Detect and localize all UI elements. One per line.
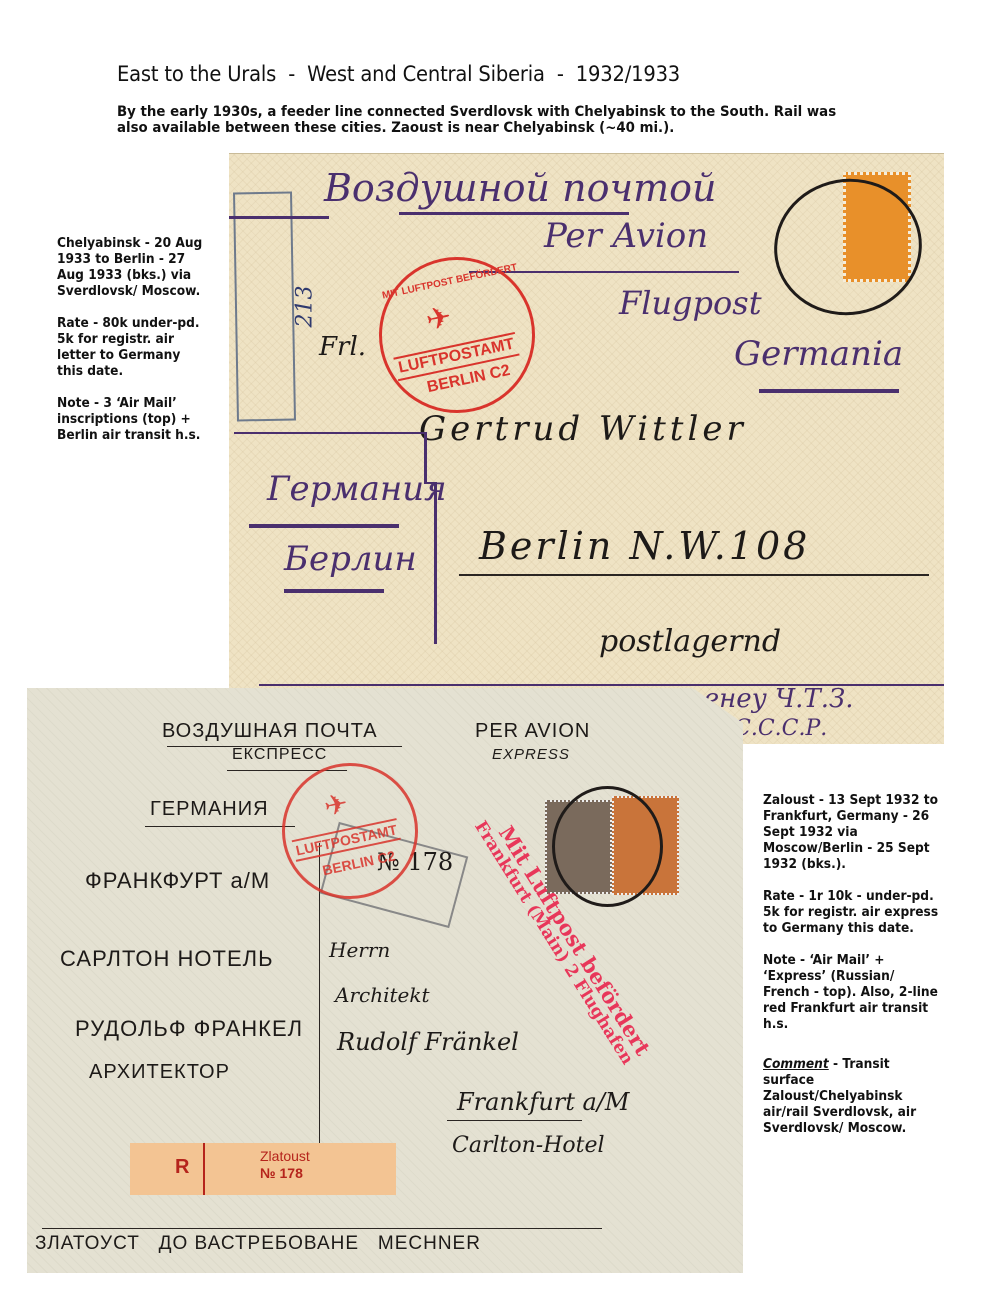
cover2-architekt: Architekt: [335, 983, 430, 1007]
cover1-city: Berlin N.W.108: [479, 524, 810, 568]
page-title: East to the Urals - West and Central Sib…: [117, 62, 680, 86]
registration-letter: R: [175, 1156, 189, 1179]
cover1-airmail-russian: Воздушной почтой: [324, 166, 717, 210]
airplane-icon: ✈: [423, 299, 455, 338]
cover2-sender-line: [42, 1228, 602, 1229]
cover1-germany-russian: Германия: [267, 469, 447, 509]
cover1-underline: [229, 216, 329, 219]
cover2-description: Zaloust - 13 Sept 1932 to Frankfurt, Ger…: [763, 793, 942, 1153]
cover1-routing-line: [234, 432, 424, 434]
cover2-hotel-russian: САРЛТОН НОТЕЛЬ: [60, 946, 274, 972]
cover2-express-russian: ЕКСПРЕСС: [232, 746, 327, 764]
cover2-frankfurt-russian: ФРАНКФУРТ а/М: [85, 868, 270, 894]
cover2-registration-label: R Zlatoust № 178: [130, 1143, 396, 1195]
cover2-sender: ЗЛАТОУСТ ДО ВАСТРЕБОВАНЕ MECHNER: [35, 1233, 481, 1255]
cover2-comment: Comment - Transit surface Zaloust/Chelya…: [763, 1057, 942, 1137]
cover1-berlin-russian: Берлин: [284, 539, 417, 579]
cover2-name-russian: РУДОЛЬФ ФРАНКЕЛ: [75, 1016, 303, 1042]
cover1-sender-country: С.С.С.Р.: [734, 716, 827, 741]
label-divider: [203, 1143, 205, 1195]
cover1-description: Chelyabinsk - 20 Aug 1933 to Berlin - 27…: [57, 236, 209, 460]
cover1-rate: Rate - 80k under-pd. 5k for registr. air…: [57, 316, 209, 380]
cover2-per-avion: PER AVION: [475, 720, 590, 743]
cover2-envelope: ВОЗДУШНАЯ ПОЧТА ЕКСПРЕСС PER AVION EXPRE…: [27, 688, 743, 1273]
cover1-addressee: Gertrud Wittler: [419, 409, 747, 449]
cover2-underline: [145, 826, 295, 827]
cover1-germania: Germania: [734, 334, 903, 374]
registration-number: № 178: [260, 1165, 303, 1181]
cover1-flugpost: Flugpost: [619, 284, 762, 322]
cover2-postmark: [552, 786, 663, 907]
cover1-note: Note - 3 ‘Air Mail’ inscriptions (top) +…: [57, 396, 209, 444]
cover2-architect-russian: АРХИТЕКТОР: [89, 1061, 230, 1084]
comment-label: Comment: [763, 1057, 829, 1072]
handstamp-top-text: MIT LUFTPOST BEFÖRDERT: [381, 262, 518, 301]
cover2-underline: [447, 1120, 582, 1121]
cover2-note: Note - ‘Air Mail’ + ‘Express’ (Russian/ …: [763, 953, 942, 1033]
cover2-herrn: Herrn: [329, 938, 390, 962]
intro-paragraph: By the early 1930s, a feeder line connec…: [117, 104, 853, 136]
cover2-express: EXPRESS: [492, 746, 570, 763]
cover1-route: Chelyabinsk - 20 Aug 1933 to Berlin - 27…: [57, 236, 209, 300]
cover1-routing-line: [434, 482, 437, 644]
airplane-icon: ✈: [321, 786, 351, 823]
cover1-underline: [399, 212, 629, 215]
cover1-routing-line: [424, 432, 427, 482]
cover1-registration-box: [233, 192, 296, 422]
cover2-route: Zaloust - 13 Sept 1932 to Frankfurt, Ger…: [763, 793, 942, 873]
cover1-frl: Frl.: [319, 332, 366, 362]
cover1-per-avion: Per Avion: [544, 216, 708, 256]
cover1-underline: [459, 574, 929, 576]
cover1-underline: [284, 589, 384, 593]
cover1-registration-number: 213: [293, 286, 318, 328]
cover2-rate: Rate - 1r 10k - under-pd. 5k for registr…: [763, 889, 942, 937]
registration-office: Zlatoust: [260, 1148, 310, 1164]
cover2-hotel: Carlton-Hotel: [452, 1133, 605, 1158]
cover2-airmail-russian: ВОЗДУШНАЯ ПОЧТА: [162, 720, 378, 743]
cover2-germany-russian: ГЕРМАНИЯ: [150, 798, 269, 821]
cover1-underline: [759, 389, 899, 393]
cover1-underline: [249, 524, 399, 528]
cover1-envelope: 213 Воздушной почтой Per Avion Flugpost …: [229, 153, 944, 744]
cover1-postlagernd: postlagernd: [599, 624, 781, 659]
cover2-city: Frankfurt a/M: [457, 1088, 630, 1116]
cover2-name: Rudolf Fränkel: [337, 1028, 519, 1056]
